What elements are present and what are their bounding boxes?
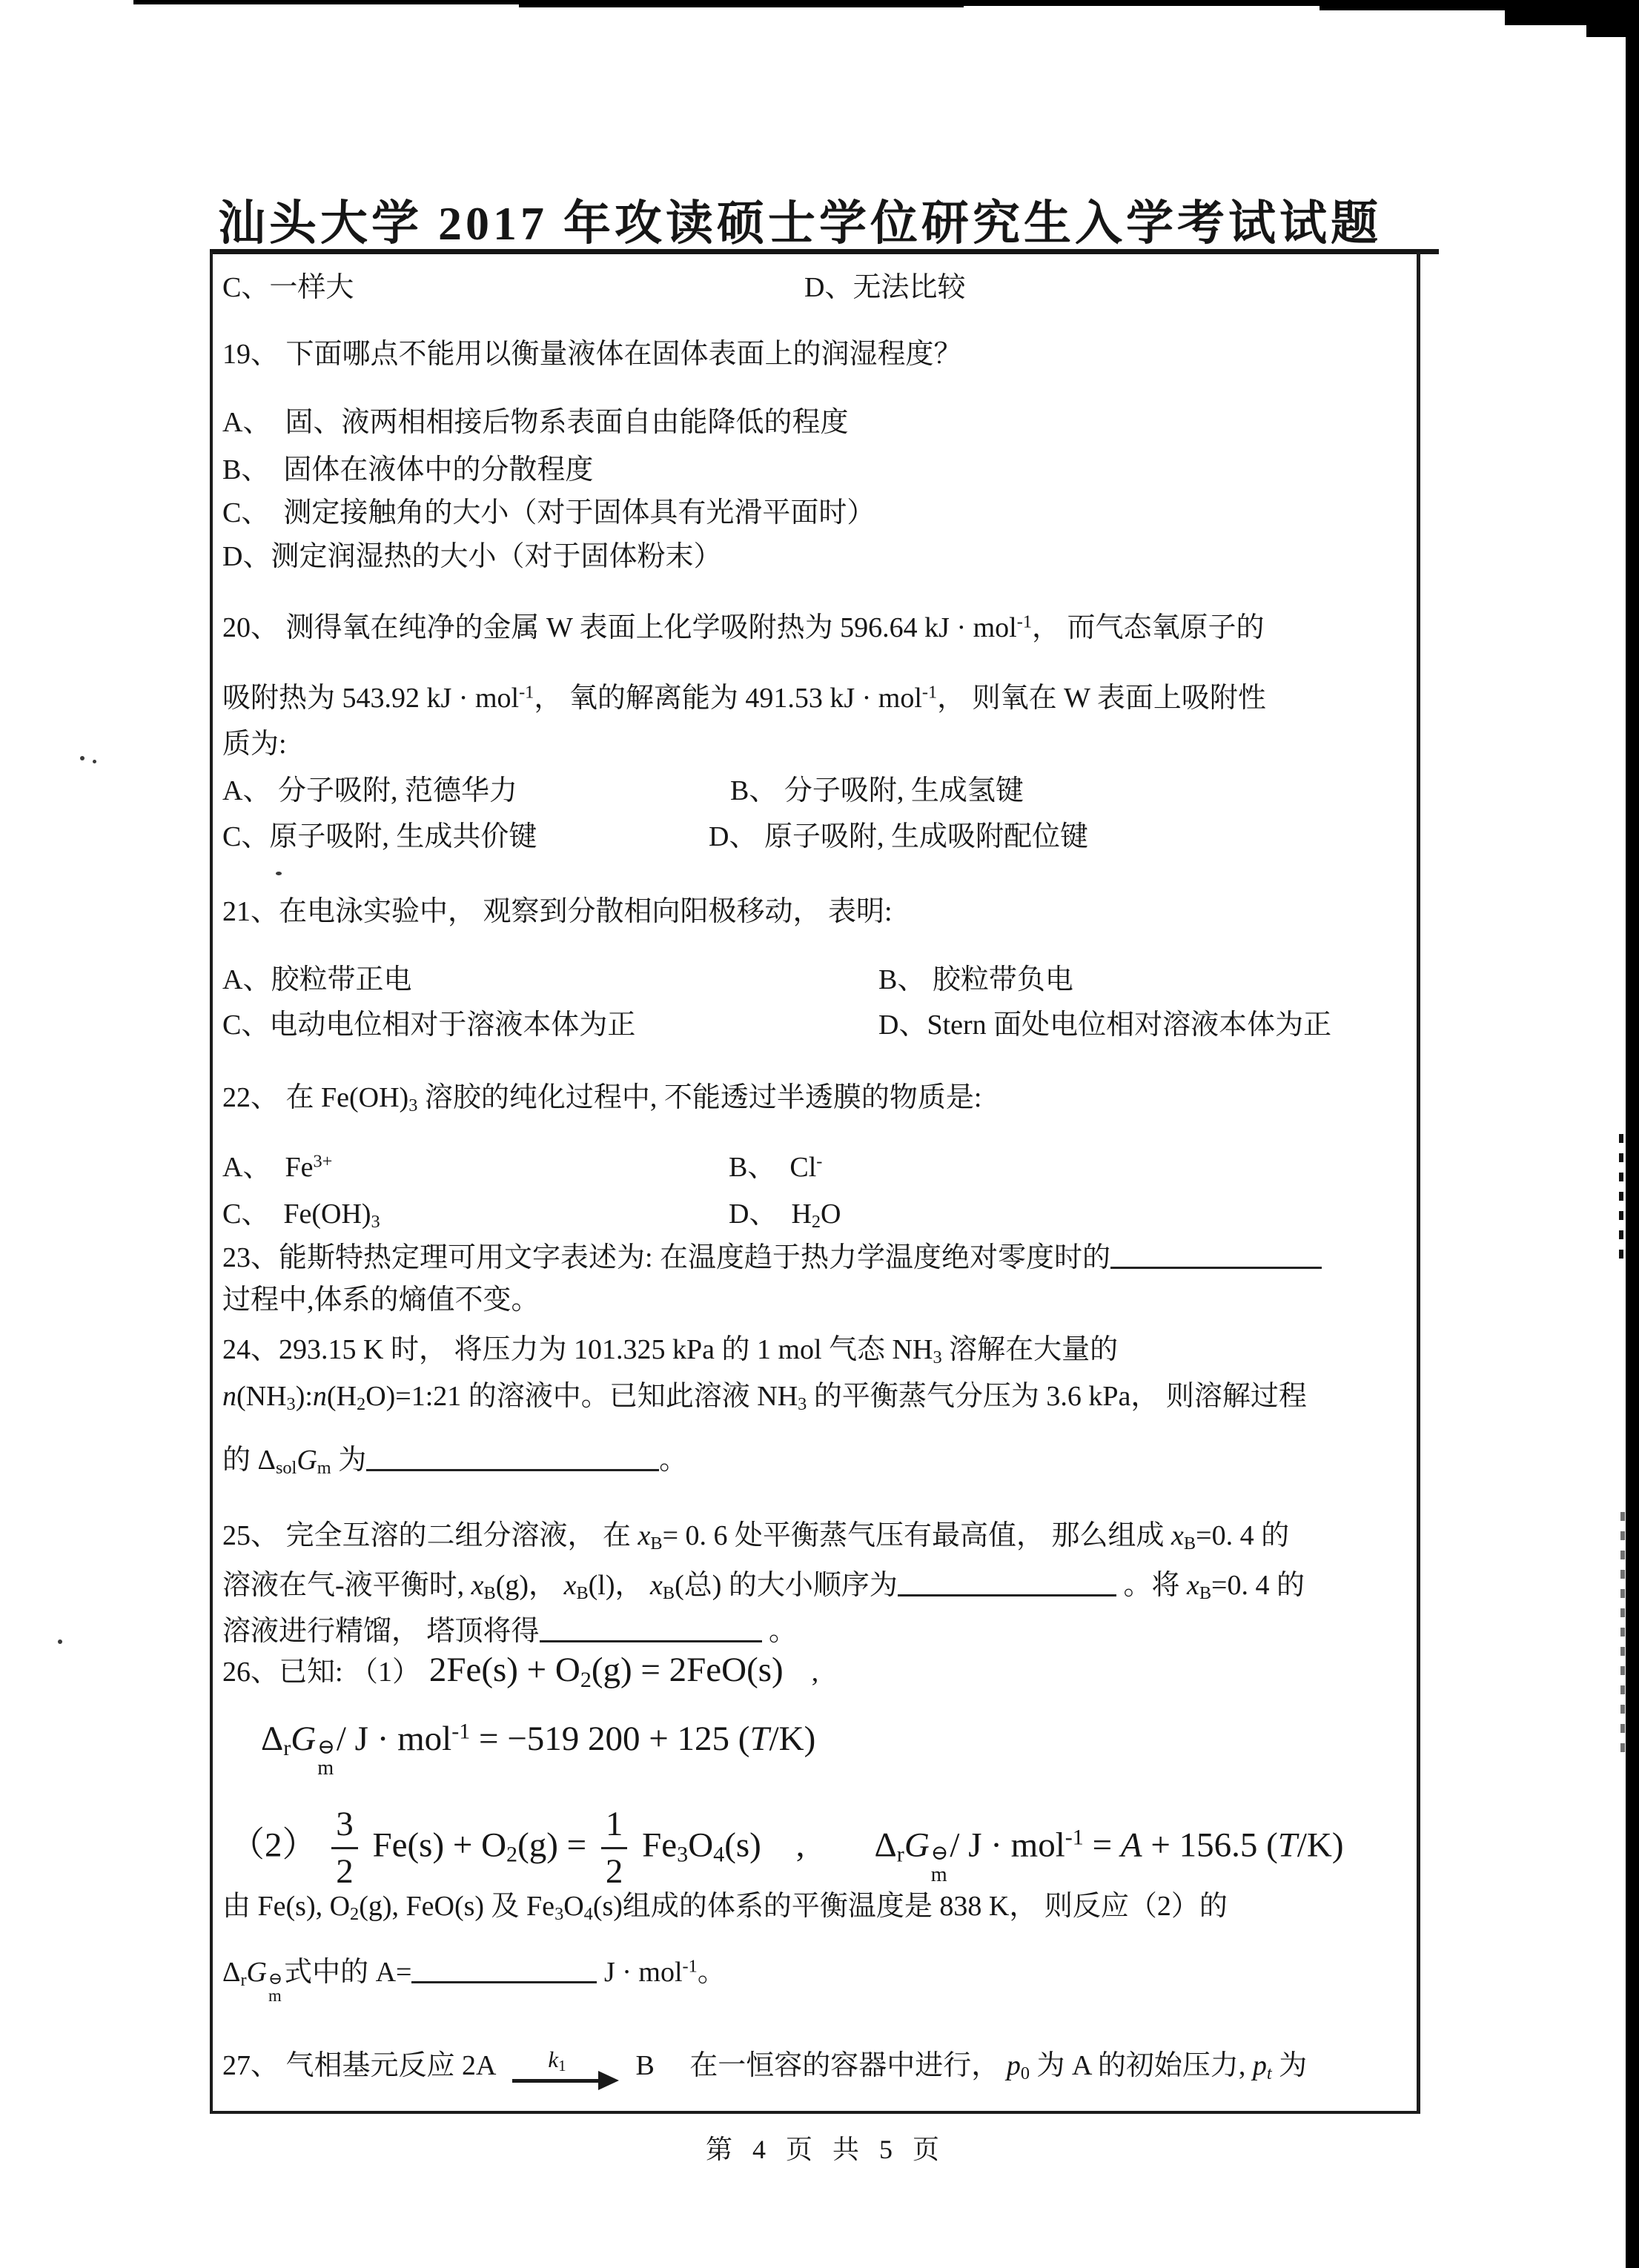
standard-state-symbol-with-subscript: ⊖m	[931, 1843, 949, 1885]
question-26-line-3: ΔrG⊖m式中的 A= J · mol-1。	[222, 1951, 726, 2005]
question-19-option-a: A、 固、液两相相接后物系表面自由能降低的程度	[222, 404, 848, 441]
question-26-equation-2: （2） 32 Fe(s) + O2(g) = 12 Fe3O4(s) , ΔrG…	[230, 1807, 1344, 1889]
question-21-option-d: D、Stern 面处电位相对溶液本体为正	[878, 1007, 1331, 1044]
question-20-stem-line-1: 20、 测得氧在纯净的金属 W 表面上化学吸附热为 596.64 kJ · mo…	[222, 609, 1265, 646]
answer-blank	[411, 1953, 597, 1983]
question-22-option-d: D、 H2O	[729, 1196, 841, 1233]
question-24-line-1: 24、293.15 K 时， 将压力为 101.325 kPa 的 1 mol …	[222, 1331, 1118, 1368]
answer-blank	[1110, 1239, 1322, 1269]
scan-edge-right	[1626, 0, 1639, 2268]
scan-edge-top-1	[133, 0, 519, 4]
stacked-fraction: 12	[601, 1807, 628, 1889]
question-20-option-a: A、 分子吸附, 范德华力	[222, 772, 517, 809]
scan-speck	[93, 760, 96, 763]
question-24-line-2: n(NH3):n(H2O)=1:21 的溶液中。已知此溶液 NH3 的平衡蒸气分…	[222, 1378, 1307, 1415]
scanned-exam-page: { "ink": "#161616", "paper": "#ffffff", …	[0, 0, 1639, 2268]
question-25-line-1: 25、 完全互溶的二组分溶液， 在 xB= 0. 6 处平衡蒸气压有最高值， 那…	[222, 1517, 1289, 1554]
question-20-option-d: D、 原子吸附, 生成吸附配位键	[709, 818, 1088, 855]
question-19-option-c: C、 测定接触角的大小（对于固体具有光滑平面时）	[222, 494, 875, 531]
scan-speck	[80, 756, 85, 760]
answer-blank	[898, 1566, 1116, 1596]
answer-blank	[366, 1441, 659, 1471]
scan-noise-dashes-1	[1619, 1134, 1623, 1264]
question-18-option-d: D、无法比较	[804, 269, 965, 306]
scan-edge-top-3	[964, 0, 1320, 6]
question-22-stem: 22、 在 Fe(OH)3 溶胶的纯化过程中, 不能透过半透膜的物质是:	[222, 1079, 981, 1116]
question-23-line-1: 23、能斯特热定理可用文字表述为: 在温度趋于热力学温度绝对零度时的	[222, 1236, 1322, 1276]
page-title: 汕头大学 2017 年攻读硕士学位研究生入学考试试题	[218, 185, 1382, 253]
question-21-option-a: A、胶粒带正电	[222, 961, 411, 998]
page-number-footer: 第 4 页 共 5 页	[706, 2129, 946, 2166]
question-26-equation-1: ΔrG⊖m/ J · mol-1 = −519 200 + 125 (T/K)	[261, 1717, 815, 1779]
answer-blank	[540, 1612, 762, 1642]
question-20-stem-line-3: 质为:	[222, 726, 287, 763]
question-24-line-3: 的 ΔsolGm 为。	[222, 1439, 687, 1479]
question-23-line-2: 过程中,体系的熵值不变。	[222, 1281, 540, 1319]
question-26-line-2: 由 Fe(s), O2(g), FeO(s) 及 Fe3O4(s)组成的体系的平…	[222, 1888, 1228, 1925]
question-18-option-c: C、一样大	[222, 269, 354, 306]
scan-noise-dashes-2	[1620, 1512, 1625, 1757]
scan-edge-top-2	[519, 0, 964, 7]
question-21-stem: 21、在电泳实验中， 观察到分散相向阳极移动， 表明:	[222, 893, 893, 930]
question-20-option-b: B、 分子吸附, 生成氢键	[730, 772, 1024, 809]
scan-speck	[58, 1639, 62, 1644]
question-22-option-b: B、 Cl-	[729, 1149, 822, 1186]
stacked-fraction: 32	[331, 1807, 358, 1889]
question-21-option-b: B、 胶粒带负电	[878, 961, 1073, 998]
question-22-option-c: C、 Fe(OH)3	[222, 1196, 380, 1233]
question-19-option-b: B、 固体在液体中的分散程度	[222, 451, 593, 488]
standard-state-symbol-with-subscript: ⊖m	[268, 1971, 282, 2005]
question-26-line-1: 26、已知: （1） 2Fe(s) + O2(g) = 2FeO(s) ,	[222, 1651, 818, 1691]
question-21-option-c: C、电动电位相对于溶液本体为正	[222, 1007, 635, 1044]
question-25-line-2: 溶液在气-液平衡时, xB(g)， xB(l)， xB(总) 的大小顺序为 。将…	[222, 1564, 1305, 1604]
reaction-arrow-icon: k1	[512, 2048, 622, 2089]
question-19-stem: 19、 下面哪点不能用以衡量液体在固体表面上的润湿程度？	[222, 336, 962, 373]
question-20-stem-line-2: 吸附热为 543.92 kJ · mol-1， 氧的解离能为 491.53 kJ…	[222, 680, 1266, 717]
standard-state-symbol-with-subscript: ⊖m	[317, 1737, 335, 1779]
question-27-line-1: 27、 气相基元反应 2Ak1B 在一恒容的容器中进行， p0 为 A 的初始压…	[222, 2047, 1307, 2089]
question-25-line-3: 溶液进行精馏， 塔顶将得 。	[222, 1610, 797, 1650]
question-20-option-c: C、原子吸附, 生成共价键	[222, 818, 537, 855]
question-19-option-d: D、测定润湿热的大小（对于固体粉末）	[222, 538, 721, 575]
question-22-option-a: A、 Fe3+	[222, 1149, 332, 1186]
